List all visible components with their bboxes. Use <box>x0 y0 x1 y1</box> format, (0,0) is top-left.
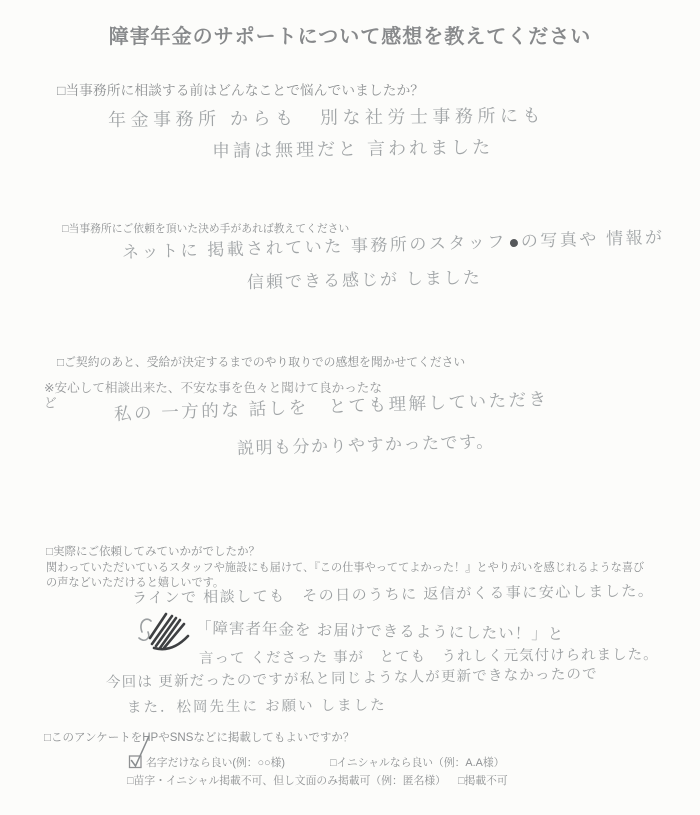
consent-option-no-publish: □掲載不可 <box>458 773 508 788</box>
handwritten-answer-overall-line4: 今回は 更新だったのですが私と同じような人が更新できなかったので <box>106 662 598 692</box>
consent-option-text-only: □苗字・イニシャル掲載不可、但し文面のみ掲載可（例：匿名様） <box>127 773 446 788</box>
question-overall-impression: □実際にご依頼してみていかがでしたか？ <box>46 543 260 559</box>
question-interaction-feedback: □ご契約のあと、受給が決定するまでのやり取りでの感想を聞かせてください <box>57 353 465 370</box>
scribble-redaction-icon <box>136 608 198 652</box>
consent-option-initials-ok: □イニシャルなら良い（例：A.A様） <box>330 755 504 770</box>
handwritten-answer-overall-line5: また．松岡先生に お願い しました <box>127 694 387 717</box>
answer-text-before-correction: ネットに 掲載されていた 事務所のスタッフ <box>122 232 507 262</box>
survey-document: 障害年金のサポートについて感想を教えてください □当事務所に相談する前はどんなこ… <box>0 0 700 815</box>
answer-text-after-correction: の写真や 情報が <box>521 228 665 251</box>
question-publish-consent: □このアンケートをHPやSNSなどに掲載してもよいですか？ <box>44 729 354 745</box>
page-title: 障害年金のサポートについて感想を教えてください <box>0 20 700 49</box>
handwritten-answer-before-consult-line1: 年金事務所 からも 別な社労士事務所にも <box>108 101 545 132</box>
question-before-consult: □当事務所に相談する前はどんなことで悩んでいましたか？ <box>57 79 424 99</box>
handwritten-answer-overall-line2: 「障害者年金を お届けできるようにしたい！」と <box>196 616 565 644</box>
handwritten-answer-interaction-line2: 説明も分かりやすかったです。 <box>237 427 495 459</box>
handwritten-answer-deciding-factor-line2: 信頼できる感じが しました <box>247 263 482 293</box>
handwritten-answer-before-consult-line2: 申請は無理だと 言われました <box>212 133 493 163</box>
scribble-dot-icon <box>510 238 518 246</box>
question-overall-description-line1: 関わっていただいているスタッフや施設にも届けて、『この仕事やっててよかった！』と… <box>46 559 644 575</box>
question-hint-note-line2: ど <box>44 392 57 411</box>
consent-option-family-name-ok: 名字だけなら良い(例：○○様) <box>146 755 285 770</box>
